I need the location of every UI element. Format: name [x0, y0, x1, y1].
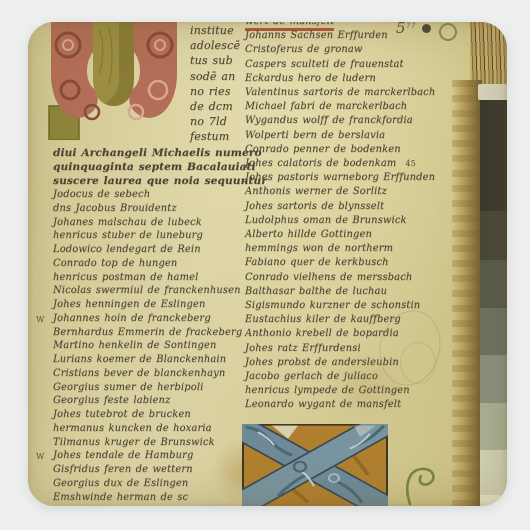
- intro-lines: diui Archangeli Michaelis numeroquinquag…: [53, 147, 267, 188]
- line-text: Johes tendale de Hamburg: [53, 450, 193, 461]
- manuscript-line: hemmings won de northerm: [245, 242, 457, 256]
- line-text: hemmings won de northerm: [245, 243, 393, 254]
- wedge-step: [480, 308, 507, 355]
- manuscript-line: Lodowico lendegart de Rein: [53, 243, 253, 257]
- manuscript-line: Ludolphus oman de Brunswick: [245, 214, 457, 228]
- line-text: Johanes malschau de lubeck: [53, 217, 202, 228]
- line-text: Georgius feste labienz: [53, 395, 170, 406]
- manuscript-line: Bernhardus Emmerin de frackeberg: [53, 326, 253, 340]
- manuscript-line: Johes tutebrot de brucken: [53, 408, 253, 422]
- line-text: Valentinus sartoris de marckerlbach: [245, 87, 435, 98]
- line-text: Anthonio krebell de bopardia: [245, 328, 399, 339]
- manuscript-line: Caspers sculteti de frauenstat: [245, 58, 457, 72]
- parchment-stain: [324, 348, 410, 422]
- line-text: Lurians koemer de Blanckenhain: [53, 354, 226, 365]
- line-text: Balthasar balthe de luchau: [245, 286, 387, 297]
- line-text: Bernhardus Emmerin de frackeberg: [53, 327, 242, 338]
- manuscript-line: no ries: [190, 84, 240, 99]
- line-text: dns Jacobus Brouidentz: [53, 203, 177, 214]
- wedge-step: [480, 260, 507, 308]
- line-text: wert de mansfelt: [245, 22, 334, 29]
- manuscript-line: hermanus kuncken de hoxaria: [53, 422, 253, 436]
- line-text: Lodowico lendegart de Rein: [53, 244, 201, 255]
- line-text: Johanns Sachsen Erffurden: [245, 30, 388, 41]
- line-text: Johes henningen de Eslingen: [53, 299, 205, 310]
- manuscript-line: Sigismundo kurzner de schonstin: [245, 299, 457, 313]
- line-text: henricus stuber de luneburg: [53, 230, 203, 241]
- manuscript-line: Anthonis werner de Sorlitz: [245, 185, 457, 199]
- line-text: Fabiano quer de kerkbusch: [245, 257, 389, 268]
- line-text: Wygandus wolff de franckfordia: [245, 115, 413, 126]
- page-edge-highlight: [478, 84, 507, 100]
- manuscript-line: Fabiano quer de kerkbusch: [245, 256, 457, 270]
- line-text: Georgius dux de Eslingen: [53, 478, 188, 489]
- folio-flourish: ⁊⁊: [406, 22, 416, 29]
- folio-number: 5⁊⁊: [396, 22, 416, 37]
- manuscript-line: Jodocus de sebech: [53, 188, 253, 202]
- manuscript-line: WJohannes hoin de franckeberg: [53, 312, 253, 326]
- manuscript-line: dns Jacobus Brouidentz: [53, 202, 253, 216]
- line-text: henricus postman de hamel: [53, 272, 198, 283]
- grayscale-calibration-wedge: [480, 100, 507, 506]
- line-text: Sigismundo kurzner de schonstin: [245, 300, 420, 311]
- line-text: Johes tutebrot de brucken: [53, 409, 191, 420]
- manuscript-line: diui Archangeli Michaelis numero: [53, 147, 267, 161]
- line-text: Conrado top de hungen: [53, 258, 177, 269]
- line-text: Emshwinde herman de sc: [53, 492, 188, 503]
- manuscript-line: Nicolas swermiul de franckenhusen: [53, 284, 253, 298]
- green-ring-doodle: [439, 23, 457, 41]
- line-text: Georgius sumer de herbipoli: [53, 382, 204, 393]
- line-text: Jodocus de sebech: [53, 189, 150, 200]
- manuscript-sticker: institueadolescētus subsodē anno riesde …: [28, 22, 507, 506]
- manuscript-line: de dcm: [190, 99, 240, 114]
- header-lines: institueadolescētus subsodē anno riesde …: [190, 23, 240, 145]
- manuscript-line: Johes sartoris de blynsselt: [245, 200, 457, 214]
- manuscript-line: Johes calatoris de bodenkam45: [245, 157, 457, 171]
- manuscript-line: henricus stuber de luneburg: [53, 229, 253, 243]
- line-text: Eustachius kiler de kauffberg: [245, 314, 401, 325]
- manuscript-line: suscere laurea que noia sequuntur: [53, 175, 267, 189]
- line-text: Tilmanus kruger de Brunswick: [53, 437, 215, 448]
- manuscript-line: Eckardus hero de ludern: [245, 72, 457, 86]
- manuscript-line: Wygandus wolff de franckfordia: [245, 114, 457, 128]
- line-text: Cristians bever de blanckenhayn: [53, 368, 225, 379]
- line-text: Conrado penner de bodenken: [245, 144, 401, 155]
- line-text: Johannes hoin de franckeberg: [53, 313, 211, 324]
- line-text: Cristoferus de gronaw: [245, 44, 363, 55]
- manuscript-line: tus sub: [190, 53, 240, 68]
- line-text: Caspers sculteti de frauenstat: [245, 59, 404, 70]
- manuscript-line: Conrado top de hungen: [53, 257, 253, 271]
- line-text: Martino henkelin de Sontingen: [53, 340, 216, 351]
- wedge-step: [480, 450, 507, 495]
- saltire-emblem: [242, 424, 388, 506]
- manuscript-line: Cristians bever de blanckenhayn: [53, 367, 253, 381]
- wedge-step: [480, 495, 507, 506]
- line-text: Gisfridus feren de wettern: [53, 464, 193, 475]
- manuscript-line: adolescē: [190, 38, 240, 53]
- line-text: Michael fabri de marckerlbach: [245, 101, 407, 112]
- wedge-step: [480, 403, 507, 450]
- wedge-step: [480, 100, 507, 211]
- wedge-step: [480, 211, 507, 260]
- manuscript-line: Valentinus sartoris de marckerlbach: [245, 86, 457, 100]
- green-swirl-doodle: [402, 464, 440, 506]
- manuscript-line: Michael fabri de marckerlbach: [245, 100, 457, 114]
- line-text: Wolperti bern de berslavia: [245, 130, 385, 141]
- margin-count-mark: 45: [405, 159, 416, 168]
- manuscript-line: Balthasar balthe de luchau: [245, 285, 457, 299]
- line-text: Alberto hillde Gottingen: [245, 229, 372, 240]
- manuscript-line: festum: [190, 129, 240, 144]
- line-text: Nicolas swermiul de franckenhusen: [53, 285, 241, 296]
- manuscript-line: Georgius sumer de herbipoli: [53, 381, 253, 395]
- manuscript-line: Alberto hillde Gottingen: [245, 228, 457, 242]
- ink-blot: [422, 24, 431, 33]
- manuscript-line: Martino henkelin de Sontingen: [53, 339, 253, 353]
- manuscript-line: Johes pastoris warneborg Erffunden: [245, 171, 457, 185]
- wedge-step: [480, 355, 507, 403]
- manuscript-line: Johes henningen de Eslingen: [53, 298, 253, 312]
- manuscript-line: quinquaginta septem Bacalauiati: [53, 161, 267, 175]
- manuscript-line: Wolperti bern de berslavia: [245, 129, 457, 143]
- manuscript-line: Conrado vielhens de merssbach: [245, 271, 457, 285]
- line-text: Johes calatoris de bodenkam: [245, 158, 396, 169]
- margin-mark: W: [36, 313, 44, 327]
- line-text: Eckardus hero de ludern: [245, 73, 376, 84]
- margin-mark: W: [36, 450, 44, 464]
- manuscript-line: Johanes malschau de lubeck: [53, 216, 253, 230]
- manuscript-line: Cristoferus de gronaw: [245, 43, 457, 57]
- manuscript-line: Conrado penner de bodenken: [245, 143, 457, 157]
- manuscript-line: sodē an: [190, 69, 240, 84]
- illuminated-initial-U: [47, 22, 181, 140]
- line-text: Ludolphus oman de Brunswick: [245, 215, 407, 226]
- line-text: Conrado vielhens de merssbach: [245, 272, 412, 283]
- line-text: Johes pastoris warneborg Erffunden: [245, 172, 435, 183]
- manuscript-line: institue: [190, 23, 240, 38]
- line-text: Anthonis werner de Sorlitz: [245, 186, 387, 197]
- manuscript-line: Lurians koemer de Blanckenhain: [53, 353, 253, 367]
- manuscript-line: Georgius feste labienz: [53, 394, 253, 408]
- line-text: hermanus kuncken de hoxaria: [53, 423, 212, 434]
- line-text: Johes sartoris de blynsselt: [245, 201, 384, 212]
- manuscript-line: no 7ld: [190, 114, 240, 129]
- manuscript-line: henricus postman de hamel: [53, 271, 253, 285]
